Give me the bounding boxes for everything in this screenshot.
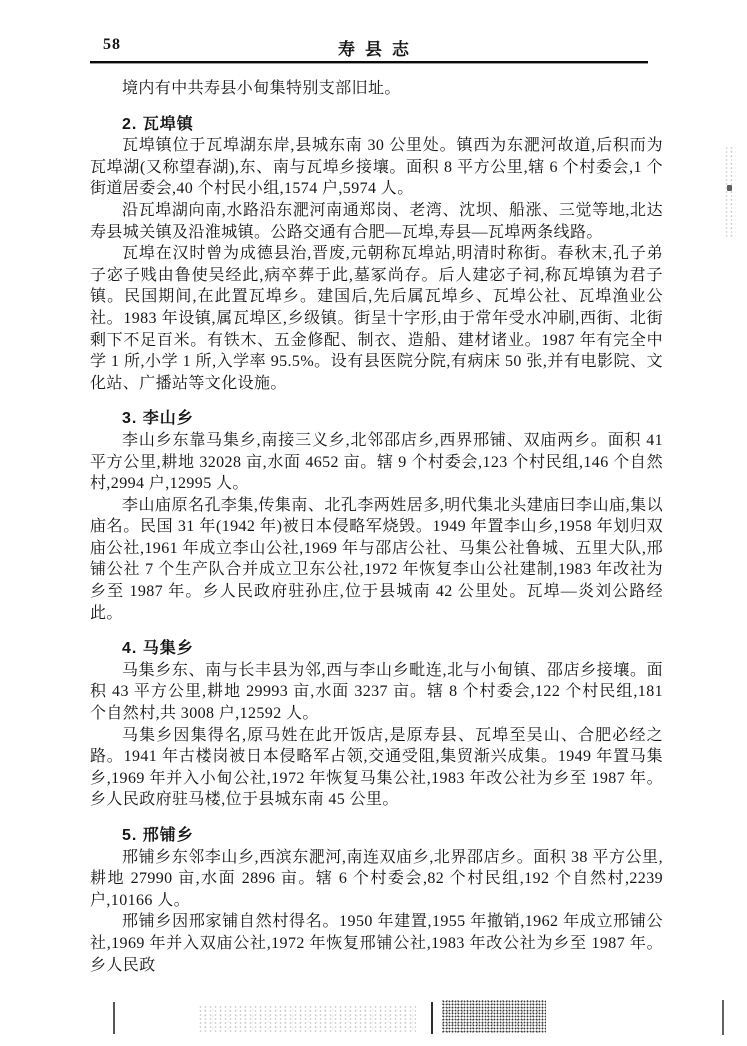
scan-artifact-vline-right — [722, 1000, 724, 1035]
scan-artifact-specks-center — [198, 1005, 416, 1032]
intro-paragraph: 境内有中共寿县小甸集特别支部旧址。 — [90, 78, 663, 100]
section-heading-lishan: 3. 李山乡 — [90, 408, 663, 430]
section-heading-xingpu: 5. 邢铺乡 — [90, 825, 663, 847]
scan-artifact-margin-specks — [724, 146, 736, 238]
scan-artifact-vline-center — [431, 1002, 433, 1034]
section-heading-maji: 4. 马集乡 — [90, 638, 663, 660]
scan-artifact-margin-dot — [727, 185, 732, 191]
paragraph: 李山乡东靠马集乡,南接三义乡,北邻邵店乡,西界邢铺、双庙两乡。面积 41 平方公… — [90, 430, 663, 495]
scanned-book-page: 58 寿县志 境内有中共寿县小甸集特别支部旧址。 2. 瓦埠镇 瓦埠镇位于瓦埠湖… — [0, 0, 747, 1046]
running-title: 寿县志 — [0, 35, 747, 60]
paragraph: 马集乡因集得名,原马姓在此开饭店,是原寿县、瓦埠至吴山、合肥必经之路。1941 … — [90, 725, 663, 811]
scan-artifact-smudge-blob — [442, 1000, 546, 1033]
paragraph: 马集乡东、南与长丰县为邻,西与李山乡毗连,北与小甸镇、邵店乡接壤。面积 43 平… — [90, 660, 663, 725]
body-text-column: 境内有中共寿县小甸集特别支部旧址。 2. 瓦埠镇 瓦埠镇位于瓦埠湖东岸,县城东南… — [90, 78, 663, 976]
scan-artifact-vline-left — [113, 1002, 115, 1034]
section-heading-wabu: 2. 瓦埠镇 — [90, 114, 663, 136]
paragraph: 邢铺乡东邻李山乡,西滨东淝河,南连双庙乡,北界邵店乡。面积 38 平方公里,耕地… — [90, 847, 663, 912]
paragraph: 李山庙原名孔李集,传集南、北孔李两姓居多,明代集北头建庙曰李山庙,集以庙名。民国… — [90, 495, 663, 625]
paragraph: 瓦埠镇位于瓦埠湖东岸,县城东南 30 公里处。镇西为东淝河故道,后积而为瓦埠湖(… — [90, 135, 663, 200]
paragraph: 邢铺乡因邢家铺自然村得名。1950 年建置,1955 年撤销,1962 年成立邢… — [90, 911, 663, 976]
paragraph: 沿瓦埠湖向南,水路沿东淝河南通郑岗、老湾、沈坝、船涨、三觉等地,北达寿县城关镇及… — [90, 200, 663, 243]
header-rule — [90, 61, 648, 64]
paragraph: 瓦埠在汉时曾为成德县治,晋废,元朝称瓦埠站,明清时称街。春秋末,孔子弟子宓子贱由… — [90, 243, 663, 394]
